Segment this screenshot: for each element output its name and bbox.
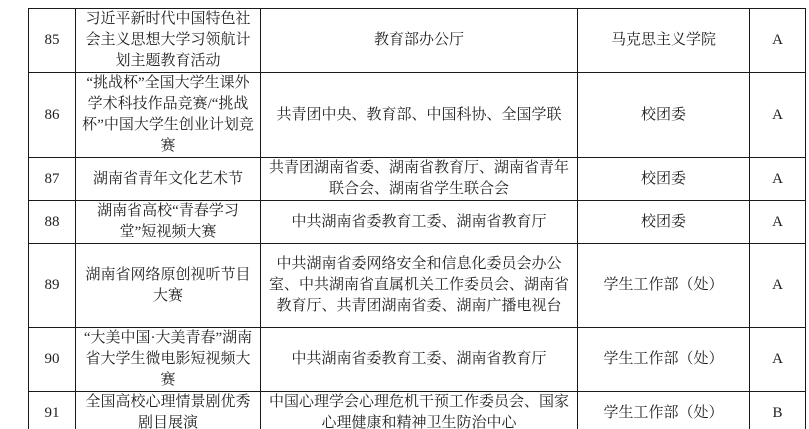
cell-name: 湖南省网络原创视听节目大赛 <box>76 244 261 328</box>
cell-department: 学生工作部（处） <box>578 392 750 429</box>
table-row: 85习近平新时代中国特色社会主义思想大学习领航计划主题教育活动教育部办公厅马克思… <box>29 9 806 73</box>
cell-number: 91 <box>29 392 76 429</box>
cell-name: 习近平新时代中国特色社会主义思想大学习领航计划主题教育活动 <box>76 9 261 73</box>
document-page: 85习近平新时代中国特色社会主义思想大学习领航计划主题教育活动教育部办公厅马克思… <box>0 0 809 429</box>
cell-grade: A <box>750 328 806 392</box>
cell-number: 89 <box>29 244 76 328</box>
cell-number: 88 <box>29 201 76 244</box>
cell-department: 马克思主义学院 <box>578 9 750 73</box>
cell-department: 学生工作部（处） <box>578 328 750 392</box>
table-row: 91全国高校心理情景剧优秀剧目展演中国心理学会心理危机干预工作委员会、国家心理健… <box>29 392 806 429</box>
table-row: 86“挑战杯”全国大学生课外学术科技作品竞赛/“挑战杯”中国大学生创业计划竞赛共… <box>29 73 806 158</box>
table-row: 90“大美中国·大美青春”湖南省大学生微电影短视频大赛中共湖南省委教育工委、湖南… <box>29 328 806 392</box>
cell-organizer: 中共湖南省委网络安全和信息化委员会办公室、中共湖南省直属机关工作委员会、湖南省教… <box>261 244 578 328</box>
cell-grade: A <box>750 244 806 328</box>
cell-organizer: 中国心理学会心理危机干预工作委员会、国家心理健康和精神卫生防治中心 <box>261 392 578 429</box>
cell-department: 校团委 <box>578 201 750 244</box>
cell-grade: A <box>750 73 806 158</box>
cell-number: 87 <box>29 158 76 201</box>
table-body: 85习近平新时代中国特色社会主义思想大学习领航计划主题教育活动教育部办公厅马克思… <box>29 9 806 429</box>
cell-name: “挑战杯”全国大学生课外学术科技作品竞赛/“挑战杯”中国大学生创业计划竞赛 <box>76 73 261 158</box>
cell-number: 86 <box>29 73 76 158</box>
cell-department: 校团委 <box>578 158 750 201</box>
cell-organizer: 中共湖南省委教育工委、湖南省教育厅 <box>261 201 578 244</box>
table-row: 87湖南省青年文化艺术节共青团湖南省委、湖南省教育厅、湖南省青年联合会、湖南省学… <box>29 158 806 201</box>
cell-organizer: 教育部办公厅 <box>261 9 578 73</box>
cell-number: 85 <box>29 9 76 73</box>
activities-table: 85习近平新时代中国特色社会主义思想大学习领航计划主题教育活动教育部办公厅马克思… <box>28 8 806 429</box>
cell-organizer: 共青团湖南省委、湖南省教育厅、湖南省青年联合会、湖南省学生联合会 <box>261 158 578 201</box>
cell-name: 湖南省高校“青春学习堂”短视频大赛 <box>76 201 261 244</box>
cell-grade: A <box>750 158 806 201</box>
cell-organizer: 中共湖南省委教育工委、湖南省教育厅 <box>261 328 578 392</box>
cell-department: 学生工作部（处） <box>578 244 750 328</box>
cell-name: “大美中国·大美青春”湖南省大学生微电影短视频大赛 <box>76 328 261 392</box>
table-row: 88湖南省高校“青春学习堂”短视频大赛中共湖南省委教育工委、湖南省教育厅校团委A <box>29 201 806 244</box>
cell-name: 湖南省青年文化艺术节 <box>76 158 261 201</box>
cell-number: 90 <box>29 328 76 392</box>
cell-name: 全国高校心理情景剧优秀剧目展演 <box>76 392 261 429</box>
cell-grade: A <box>750 201 806 244</box>
cell-grade: B <box>750 392 806 429</box>
cell-department: 校团委 <box>578 73 750 158</box>
table-row: 89湖南省网络原创视听节目大赛中共湖南省委网络安全和信息化委员会办公室、中共湖南… <box>29 244 806 328</box>
cell-grade: A <box>750 9 806 73</box>
cell-organizer: 共青团中央、教育部、中国科协、全国学联 <box>261 73 578 158</box>
